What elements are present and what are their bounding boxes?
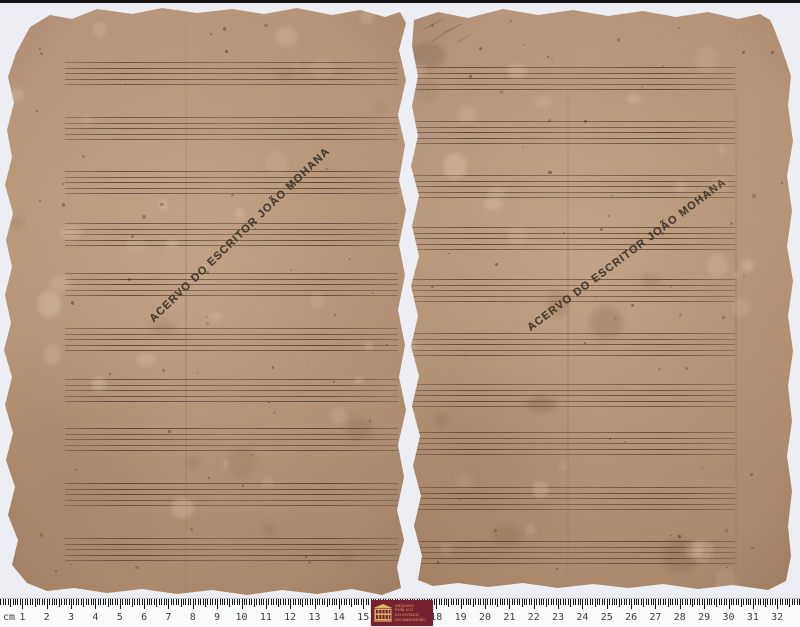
ruler-tick: [73, 599, 74, 605]
ruler-tick: [66, 599, 67, 605]
staff: [412, 121, 735, 144]
staff-line: [412, 355, 735, 356]
ruler-tick: [543, 599, 544, 605]
ruler-tick: [565, 599, 566, 605]
paper-wear-patch: [626, 94, 641, 104]
staff-line: [65, 223, 398, 224]
ruler-tick: [271, 599, 272, 605]
paper-speckle: [206, 316, 208, 318]
staff-line: [412, 350, 735, 351]
ruler-tick: [37, 599, 38, 605]
staff: [412, 279, 735, 302]
ruler-tick: [324, 599, 325, 605]
staff-line: [65, 290, 398, 291]
ruler-tick: [8, 599, 9, 605]
paper-speckle: [99, 253, 101, 255]
ruler-tick: [332, 599, 333, 605]
staff-line: [65, 390, 398, 391]
ruler-tick: [590, 599, 591, 605]
staff: [65, 117, 398, 140]
staff-line: [65, 538, 398, 539]
ruler-tick: [575, 599, 576, 605]
ruler-tick: [453, 599, 454, 605]
staff-line: [412, 401, 735, 402]
ruler-tick: [220, 599, 221, 605]
ruler-tick: [743, 599, 744, 605]
staff-line: [412, 443, 735, 444]
ruler-tick: [259, 599, 260, 605]
paper-speckle: [225, 50, 229, 54]
staff-line: [412, 175, 735, 176]
ruler-tick: [729, 599, 730, 609]
paper-speckle: [251, 454, 254, 457]
staff-line: [65, 171, 398, 172]
staff-line: [65, 295, 398, 296]
ruler-tick: [156, 599, 157, 607]
ruler-tick: [646, 599, 647, 605]
ruler-tick: [78, 599, 79, 605]
ruler-tick: [5, 599, 6, 605]
ruler-tick: [724, 599, 725, 605]
paper-speckle: [302, 251, 304, 253]
paper-speckle: [62, 203, 65, 206]
staff-line: [412, 73, 735, 74]
ruler-tick: [631, 599, 632, 609]
paper-speckle: [523, 44, 525, 46]
ruler-number: 14: [333, 612, 345, 623]
ruler-tick: [702, 599, 703, 605]
ruler-tick: [244, 599, 245, 605]
paper-wear-patch: [718, 145, 725, 154]
paper-speckle: [670, 535, 672, 537]
paper-speckle: [307, 363, 309, 365]
ruler-tick: [10, 599, 11, 607]
staff: [65, 538, 398, 561]
ruler-tick: [592, 599, 593, 605]
paper-wear-patch: [330, 408, 347, 424]
ruler-tick: [765, 599, 766, 607]
paper-speckle: [771, 51, 773, 53]
ruler-tick: [558, 599, 559, 609]
ruler-tick: [98, 599, 99, 605]
ruler-tick: [685, 599, 686, 605]
ruler-tick: [134, 599, 135, 605]
paper-speckle: [71, 301, 75, 305]
paper-speckle: [36, 234, 37, 235]
paper-speckle: [325, 168, 328, 171]
ruler-tick: [310, 599, 311, 605]
paper-speckle: [670, 365, 671, 366]
ruler-tick: [83, 599, 84, 607]
ruler-tick: [285, 599, 286, 605]
ruler-tick: [704, 599, 705, 609]
ruler-tick: [59, 599, 60, 607]
ruler-tick: [753, 599, 754, 609]
ruler-tick: [200, 599, 201, 605]
ruler-tick: [461, 599, 462, 609]
paper-speckle: [369, 420, 370, 421]
ruler-tick: [115, 599, 116, 605]
ruler-number: 30: [722, 612, 734, 623]
ruler-tick: [568, 599, 569, 605]
ruler-tick: [726, 599, 727, 605]
ruler-tick: [668, 599, 669, 607]
staff: [65, 379, 398, 402]
paper-speckle: [197, 372, 198, 373]
paper-wear-patch: [535, 97, 552, 107]
ruler-tick: [35, 599, 36, 607]
ruler-tick: [614, 599, 615, 605]
ruler-tick: [358, 599, 359, 605]
staff-line: [65, 279, 398, 280]
ruler-tick: [570, 599, 571, 607]
ruler-tick: [694, 599, 695, 605]
staff-line: [65, 73, 398, 74]
ruler-tick: [604, 599, 605, 605]
paper-speckle: [39, 200, 41, 202]
ruler-tick: [217, 599, 218, 609]
ruler-tick: [0, 599, 1, 605]
paper-speckle: [500, 90, 503, 93]
ruler-tick: [612, 599, 613, 605]
ruler-tick: [254, 599, 255, 607]
ruler-tick: [178, 599, 179, 605]
staff-line: [65, 334, 398, 335]
ruler-tick: [237, 599, 238, 605]
ruler-tick: [456, 599, 457, 605]
paper-speckle: [751, 547, 753, 549]
staff-line: [412, 541, 735, 542]
ruler-number: 3: [68, 612, 74, 623]
ruler-tick: [748, 599, 749, 605]
staff-line: [412, 454, 735, 455]
staff-line: [412, 238, 735, 239]
paper-speckle: [135, 566, 139, 570]
staff-line: [65, 229, 398, 230]
ruler-tick: [27, 599, 28, 605]
ruler-tick: [492, 599, 493, 605]
ruler-tick: [249, 599, 250, 605]
ruler-tick: [317, 599, 318, 605]
staff-line: [412, 197, 735, 198]
ruler-tick: [731, 599, 732, 605]
ruler-tick: [595, 599, 596, 607]
ruler-tick: [159, 599, 160, 605]
ruler-tick: [787, 599, 788, 605]
ruler-tick: [578, 599, 579, 605]
ruler-tick: [103, 599, 104, 605]
ruler-tick: [71, 599, 72, 609]
ruler-tick: [500, 599, 501, 605]
ruler-number: 12: [284, 612, 296, 623]
paper-stain: [263, 523, 276, 536]
ruler-tick: [556, 599, 557, 605]
ruler-tick: [137, 599, 138, 605]
paper-speckle: [725, 529, 727, 531]
ruler-tick: [139, 599, 140, 605]
ruler-tick: [203, 599, 204, 605]
manuscript-left-page: ACERVO DO ESCRITOR JOÃO MOHANA: [2, 5, 406, 595]
staff-line: [412, 301, 735, 302]
ruler-tick: [300, 599, 301, 605]
ruler-tick: [52, 599, 53, 605]
paper-crease: [735, 6, 737, 594]
ruler-tick: [290, 599, 291, 609]
ruler-tick: [716, 599, 717, 607]
ruler-tick: [112, 599, 113, 605]
ruler-number: 21: [503, 612, 515, 623]
ruler-tick: [171, 599, 172, 605]
ruler-tick: [142, 599, 143, 605]
staff-line: [412, 143, 735, 144]
staff-line: [65, 434, 398, 435]
ruler-number: 13: [309, 612, 321, 623]
paper-wear-patch: [38, 290, 61, 318]
ruler-tick: [487, 599, 488, 605]
ruler-tick: [127, 599, 128, 605]
ruler-tick: [110, 599, 111, 605]
ruler: cm ARQUIVOPÚBLICODO ESTADODO MARANHÃO 12…: [0, 598, 800, 627]
ruler-tick: [100, 599, 101, 605]
ruler-tick: [636, 599, 637, 605]
ruler-tick: [663, 599, 664, 605]
ruler-tick: [629, 599, 630, 605]
ruler-tick: [519, 599, 520, 605]
ruler-tick: [580, 599, 581, 605]
ruler-tick: [560, 599, 561, 605]
staff-line: [65, 245, 398, 246]
ruler-tick: [20, 599, 21, 605]
ruler-tick: [746, 599, 747, 605]
ruler-tick: [794, 599, 795, 605]
ruler-tick: [655, 599, 656, 609]
ruler-tick: [699, 599, 700, 605]
ruler-tick: [149, 599, 150, 605]
ruler-tick: [222, 599, 223, 605]
ruler-tick: [480, 599, 481, 605]
ruler-tick: [643, 599, 644, 607]
staff-line: [412, 498, 735, 499]
paper-crease: [185, 5, 187, 595]
paper-speckle: [206, 322, 209, 325]
staff-line: [65, 396, 398, 397]
staff-line: [412, 78, 735, 79]
ruler-tick: [470, 599, 471, 605]
ruler-tick: [346, 599, 347, 605]
ruler-tick: [658, 599, 659, 605]
staff-line: [412, 127, 735, 128]
paper-speckle: [36, 110, 38, 112]
staff-line: [412, 121, 735, 122]
staff: [65, 62, 398, 85]
paper-speckle: [752, 194, 755, 197]
staff-line: [412, 390, 735, 391]
ruler-tick: [132, 599, 133, 607]
paper-speckle: [82, 155, 85, 158]
ruler-number: 32: [771, 612, 783, 623]
ruler-tick: [517, 599, 518, 605]
ruler-tick: [490, 599, 491, 605]
ruler-tick: [198, 599, 199, 605]
paper-speckle: [722, 316, 725, 319]
staff-line: [65, 379, 398, 380]
staff-line: [412, 67, 735, 68]
ruler-tick: [468, 599, 469, 605]
ruler-tick: [168, 599, 169, 609]
ruler-tick: [563, 599, 564, 605]
paper-speckle: [161, 255, 163, 257]
ruler-tick: [609, 599, 610, 605]
ruler-tick: [439, 599, 440, 605]
ruler-tick: [626, 599, 627, 605]
paper-speckle: [39, 48, 41, 50]
ruler-tick: [677, 599, 678, 605]
paper-speckle: [70, 564, 72, 566]
ruler-tick: [772, 599, 773, 605]
ruler-tick: [210, 599, 211, 605]
ruler-tick: [302, 599, 303, 607]
ruler-tick: [17, 599, 18, 605]
paper-speckle: [742, 51, 745, 54]
ruler-tick: [232, 599, 233, 605]
ruler-tick: [687, 599, 688, 605]
ruler-tick: [548, 599, 549, 605]
ruler-tick: [682, 599, 683, 605]
ruler-tick: [495, 599, 496, 605]
ruler-tick: [22, 599, 23, 609]
ruler-tick: [665, 599, 666, 605]
ruler-tick: [690, 599, 691, 605]
ruler-tick: [95, 599, 96, 609]
paper-wear-patch: [93, 22, 106, 37]
ruler-tick: [61, 599, 62, 605]
paper-speckle: [495, 263, 498, 266]
paper-speckle: [701, 467, 702, 468]
ruler-number: 22: [528, 612, 540, 623]
ruler-tick: [483, 599, 484, 605]
scanner-background: ACERVO DO ESCRITOR JOÃO MOHANA ACERVO DO…: [0, 0, 800, 627]
ruler-tick: [76, 599, 77, 605]
ruler-tick: [322, 599, 323, 605]
ruler-tick: [242, 599, 243, 609]
ruler-tick: [616, 599, 617, 605]
paper-speckle: [620, 23, 621, 24]
ruler-tick: [697, 599, 698, 605]
ruler-number: 2: [44, 612, 50, 623]
ruler-tick: [767, 599, 768, 605]
ruler-tick: [151, 599, 152, 605]
ruler-tick: [278, 599, 279, 607]
ruler-tick: [660, 599, 661, 605]
staff-line: [412, 181, 735, 182]
staff-line: [65, 240, 398, 241]
ruler-tick: [319, 599, 320, 605]
paper-stain: [228, 447, 255, 477]
staff-line: [412, 296, 735, 297]
staff-line: [65, 489, 398, 490]
staff-line: [412, 493, 735, 494]
archive-label-line: DO MARANHÃO: [395, 618, 426, 623]
staff-line: [412, 552, 735, 553]
ruler-tick: [185, 599, 186, 605]
staff-line: [65, 505, 398, 506]
ruler-tick: [81, 599, 82, 605]
archive-label-text: ARQUIVOPÚBLICODO ESTADODO MARANHÃO: [395, 604, 426, 622]
paper-speckle: [349, 258, 351, 260]
ruler-tick: [356, 599, 357, 605]
ruler-tick: [621, 599, 622, 605]
ruler-tick: [339, 599, 340, 609]
staff-line: [412, 395, 735, 396]
ruler-tick: [227, 599, 228, 605]
ruler-number: 20: [479, 612, 491, 623]
staff-line: [65, 123, 398, 124]
staff-line: [65, 234, 398, 235]
ruler-tick: [30, 599, 31, 605]
ruler-tick: [305, 599, 306, 605]
ruler-tick: [173, 599, 174, 605]
ruler-tick: [49, 599, 50, 605]
ruler-tick: [295, 599, 296, 605]
ruler-tick: [229, 599, 230, 607]
ruler-tick: [478, 599, 479, 605]
paper-speckle: [334, 314, 336, 316]
paper-wear-patch: [275, 26, 298, 47]
paper-speckle: [522, 146, 524, 148]
staff-line: [65, 544, 398, 545]
staff-line: [412, 487, 735, 488]
ruler-tick: [509, 599, 510, 609]
paper-speckle: [272, 366, 274, 368]
paper-speckle: [479, 47, 482, 50]
ruler-tick: [651, 599, 652, 605]
paper-speckle: [494, 529, 497, 532]
ruler-number: 7: [165, 612, 171, 623]
ruler-number: 6: [141, 612, 147, 623]
paper-speckle: [142, 215, 146, 219]
paper-speckle: [548, 171, 551, 174]
ruler-tick: [529, 599, 530, 605]
paper-stain: [434, 413, 449, 428]
paper-speckle: [547, 56, 549, 58]
ruler-tick: [587, 599, 588, 605]
ruler-tick: [607, 599, 608, 609]
ruler-tick: [88, 599, 89, 605]
pencil-smudge: [423, 19, 443, 30]
ruler-tick: [758, 599, 759, 605]
ruler-unit-label: cm: [3, 612, 15, 623]
staff: [65, 483, 398, 506]
staff: [412, 432, 735, 455]
staff-line: [412, 233, 735, 234]
ruler-tick: [546, 599, 547, 607]
paper-speckle: [726, 567, 728, 569]
ruler-tick: [624, 599, 625, 605]
staff-line: [412, 192, 735, 193]
ruler-tick: [349, 599, 350, 605]
ruler-tick: [634, 599, 635, 605]
staff-line: [412, 558, 735, 559]
ruler-number: 24: [576, 612, 588, 623]
staff-line: [65, 445, 398, 446]
ruler-tick: [531, 599, 532, 605]
staff-line: [65, 428, 398, 429]
paper-speckle: [290, 269, 292, 271]
ruler-tick: [3, 599, 4, 605]
paper-wear-patch: [741, 259, 754, 272]
ruler-tick: [341, 599, 342, 605]
staff: [412, 227, 735, 250]
